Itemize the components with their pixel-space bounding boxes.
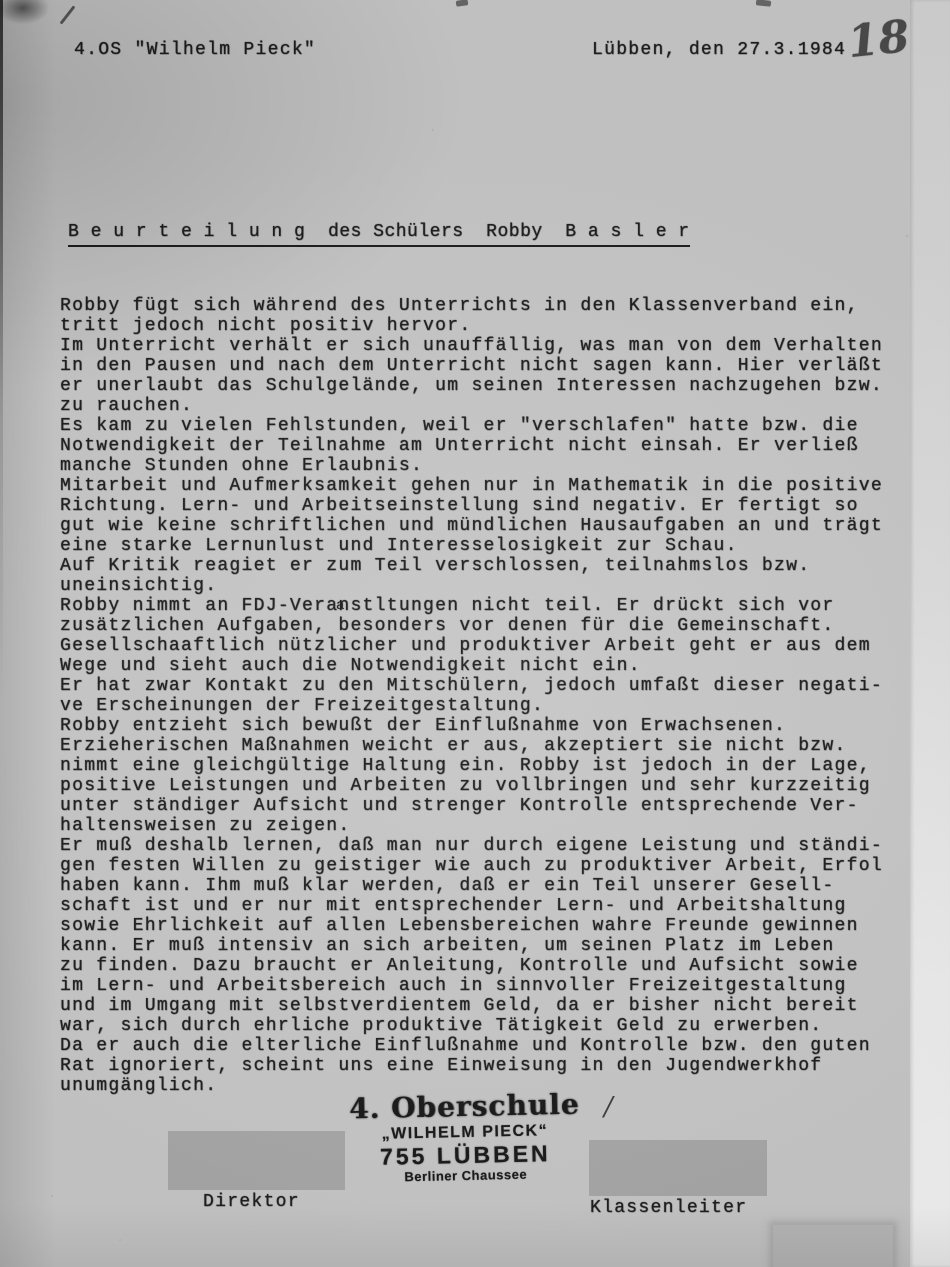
scan-top-mark	[456, 0, 469, 7]
body-line: schaft ist und er nur mit entsprechender…	[60, 896, 883, 916]
body-line: Mitarbeit und Aufmerksamkeit gehen nur i…	[60, 476, 883, 496]
body-line: nimmt eine gleichgültige Haltung ein. Ro…	[60, 756, 883, 776]
handwritten-slash-mark: /	[604, 1092, 613, 1122]
assessment-body: Robby fügt sich während des Unterrichts …	[60, 296, 883, 1096]
body-line: Er muß deshalb lernen, daß man nur durch…	[60, 836, 883, 856]
body-line: haltensweisen zu zeigen.	[60, 816, 883, 836]
body-line: Richtung. Lern- und Arbeitseinstellung s…	[60, 496, 883, 516]
body-line: sowie Ehrlichkeit auf allen Lebensbereic…	[60, 916, 883, 936]
body-line: ve Erscheinungen der Freizeitgestaltung.	[60, 696, 883, 716]
body-line: und im Umgang mit selbstverdientem Geld,…	[60, 996, 883, 1016]
body-line: Wege und sieht auch die Notwendigkeit ni…	[60, 656, 883, 676]
signature-label-classleader: Klassenleiter	[590, 1198, 747, 1218]
typed-correction-letter: a	[336, 598, 344, 614]
body-line: positive Leistungen und Arbeiten zu voll…	[60, 776, 883, 796]
body-line: Robby fügt sich während des Unterrichts …	[60, 296, 883, 316]
redaction-block-director-signature	[168, 1131, 345, 1190]
body-line: Notwendigkeit der Teilnahme am Unterrich…	[60, 436, 883, 456]
body-line: eine starke Lernunlust und Interesselosi…	[60, 536, 883, 556]
scan-top-mark	[756, 0, 772, 7]
document-page: 4.OS "Wilhelm Pieck" Lübben, den 27.3.19…	[0, 0, 950, 1267]
body-line: zu finden. Dazu braucht er Anleitung, Ko…	[60, 956, 883, 976]
handwritten-page-number: 18	[846, 11, 912, 68]
header-school-name: 4.OS "Wilhelm Pieck"	[74, 40, 316, 60]
body-line: unter ständiger Aufsicht und strenger Ko…	[60, 796, 883, 816]
body-line: in den Pausen und nach dem Unterricht ni…	[60, 356, 883, 376]
body-line: gen festen Willen zu geistiger wie auch …	[60, 856, 883, 876]
body-line: haben kann. Ihm muß klar werden, daß er …	[60, 876, 883, 896]
scan-edge-left-line	[0, 0, 3, 700]
body-line: zu rauchen.	[60, 396, 883, 416]
body-line: tritt jedoch nicht positiv hervor.	[60, 316, 883, 336]
scan-corner-smudge	[0, 0, 58, 30]
body-line: im Lern- und Arbeitsbereich auch in sinn…	[60, 976, 883, 996]
school-stamp: 4. Oberschule „WILHELM PIECK“ 755 LÜBBEN…	[314, 1089, 616, 1187]
scan-scratch-mark	[60, 5, 76, 24]
scan-edge-right	[910, 0, 950, 1267]
body-line: manche Stunden ohne Erlaubnis.	[60, 456, 883, 476]
body-line: Im Unterricht verhält er sich unauffälli…	[60, 336, 883, 356]
body-line: Es kam zu vielen Fehlstunden, weil er "v…	[60, 416, 883, 436]
body-line: Gesellschaaftlich nützlicher und produkt…	[60, 636, 883, 656]
body-line: zusätzlichen Aufgaben, besonders vor den…	[60, 616, 883, 636]
signature-label-director: Direktor	[203, 1192, 300, 1212]
body-line: Rat ignoriert, scheint uns eine Einweisu…	[60, 1056, 883, 1076]
body-line: kann. Er muß intensiv an sich arbeiten, …	[60, 936, 883, 956]
stamp-school-line: 4. Oberschule	[314, 1089, 615, 1125]
redaction-block-classleader-signature	[589, 1140, 767, 1196]
body-line: Erzieherischen Maßnahmen weicht er aus, …	[60, 736, 883, 756]
redaction-block-bottom-right	[773, 1225, 893, 1267]
body-line: Auf Kritik reagiet er zum Teil verschlos…	[60, 556, 883, 576]
body-line: Robby nimmt an FDJ-Veranstltungen nicht …	[60, 596, 883, 616]
body-line: uneinsichtig.	[60, 576, 883, 596]
body-line: gut wie keine schriftlichen und mündlich…	[60, 516, 883, 536]
body-line: er unerlaubt das Schulgelände, um seinen…	[60, 376, 883, 396]
header-place-date: Lübben, den 27.3.1984	[592, 40, 846, 60]
body-line: Er hat zwar Kontakt zu den Mitschülern, …	[60, 676, 883, 696]
document-title: B e u r t e i l u n g des Schülers Robby…	[68, 222, 690, 247]
body-line: war, sich durch ehrliche produktive Täti…	[60, 1016, 883, 1036]
body-line: Da er auch die elterliche Einflußnahme u…	[60, 1036, 883, 1056]
body-line: Robby entzieht sich bewußt der Einflußna…	[60, 716, 883, 736]
